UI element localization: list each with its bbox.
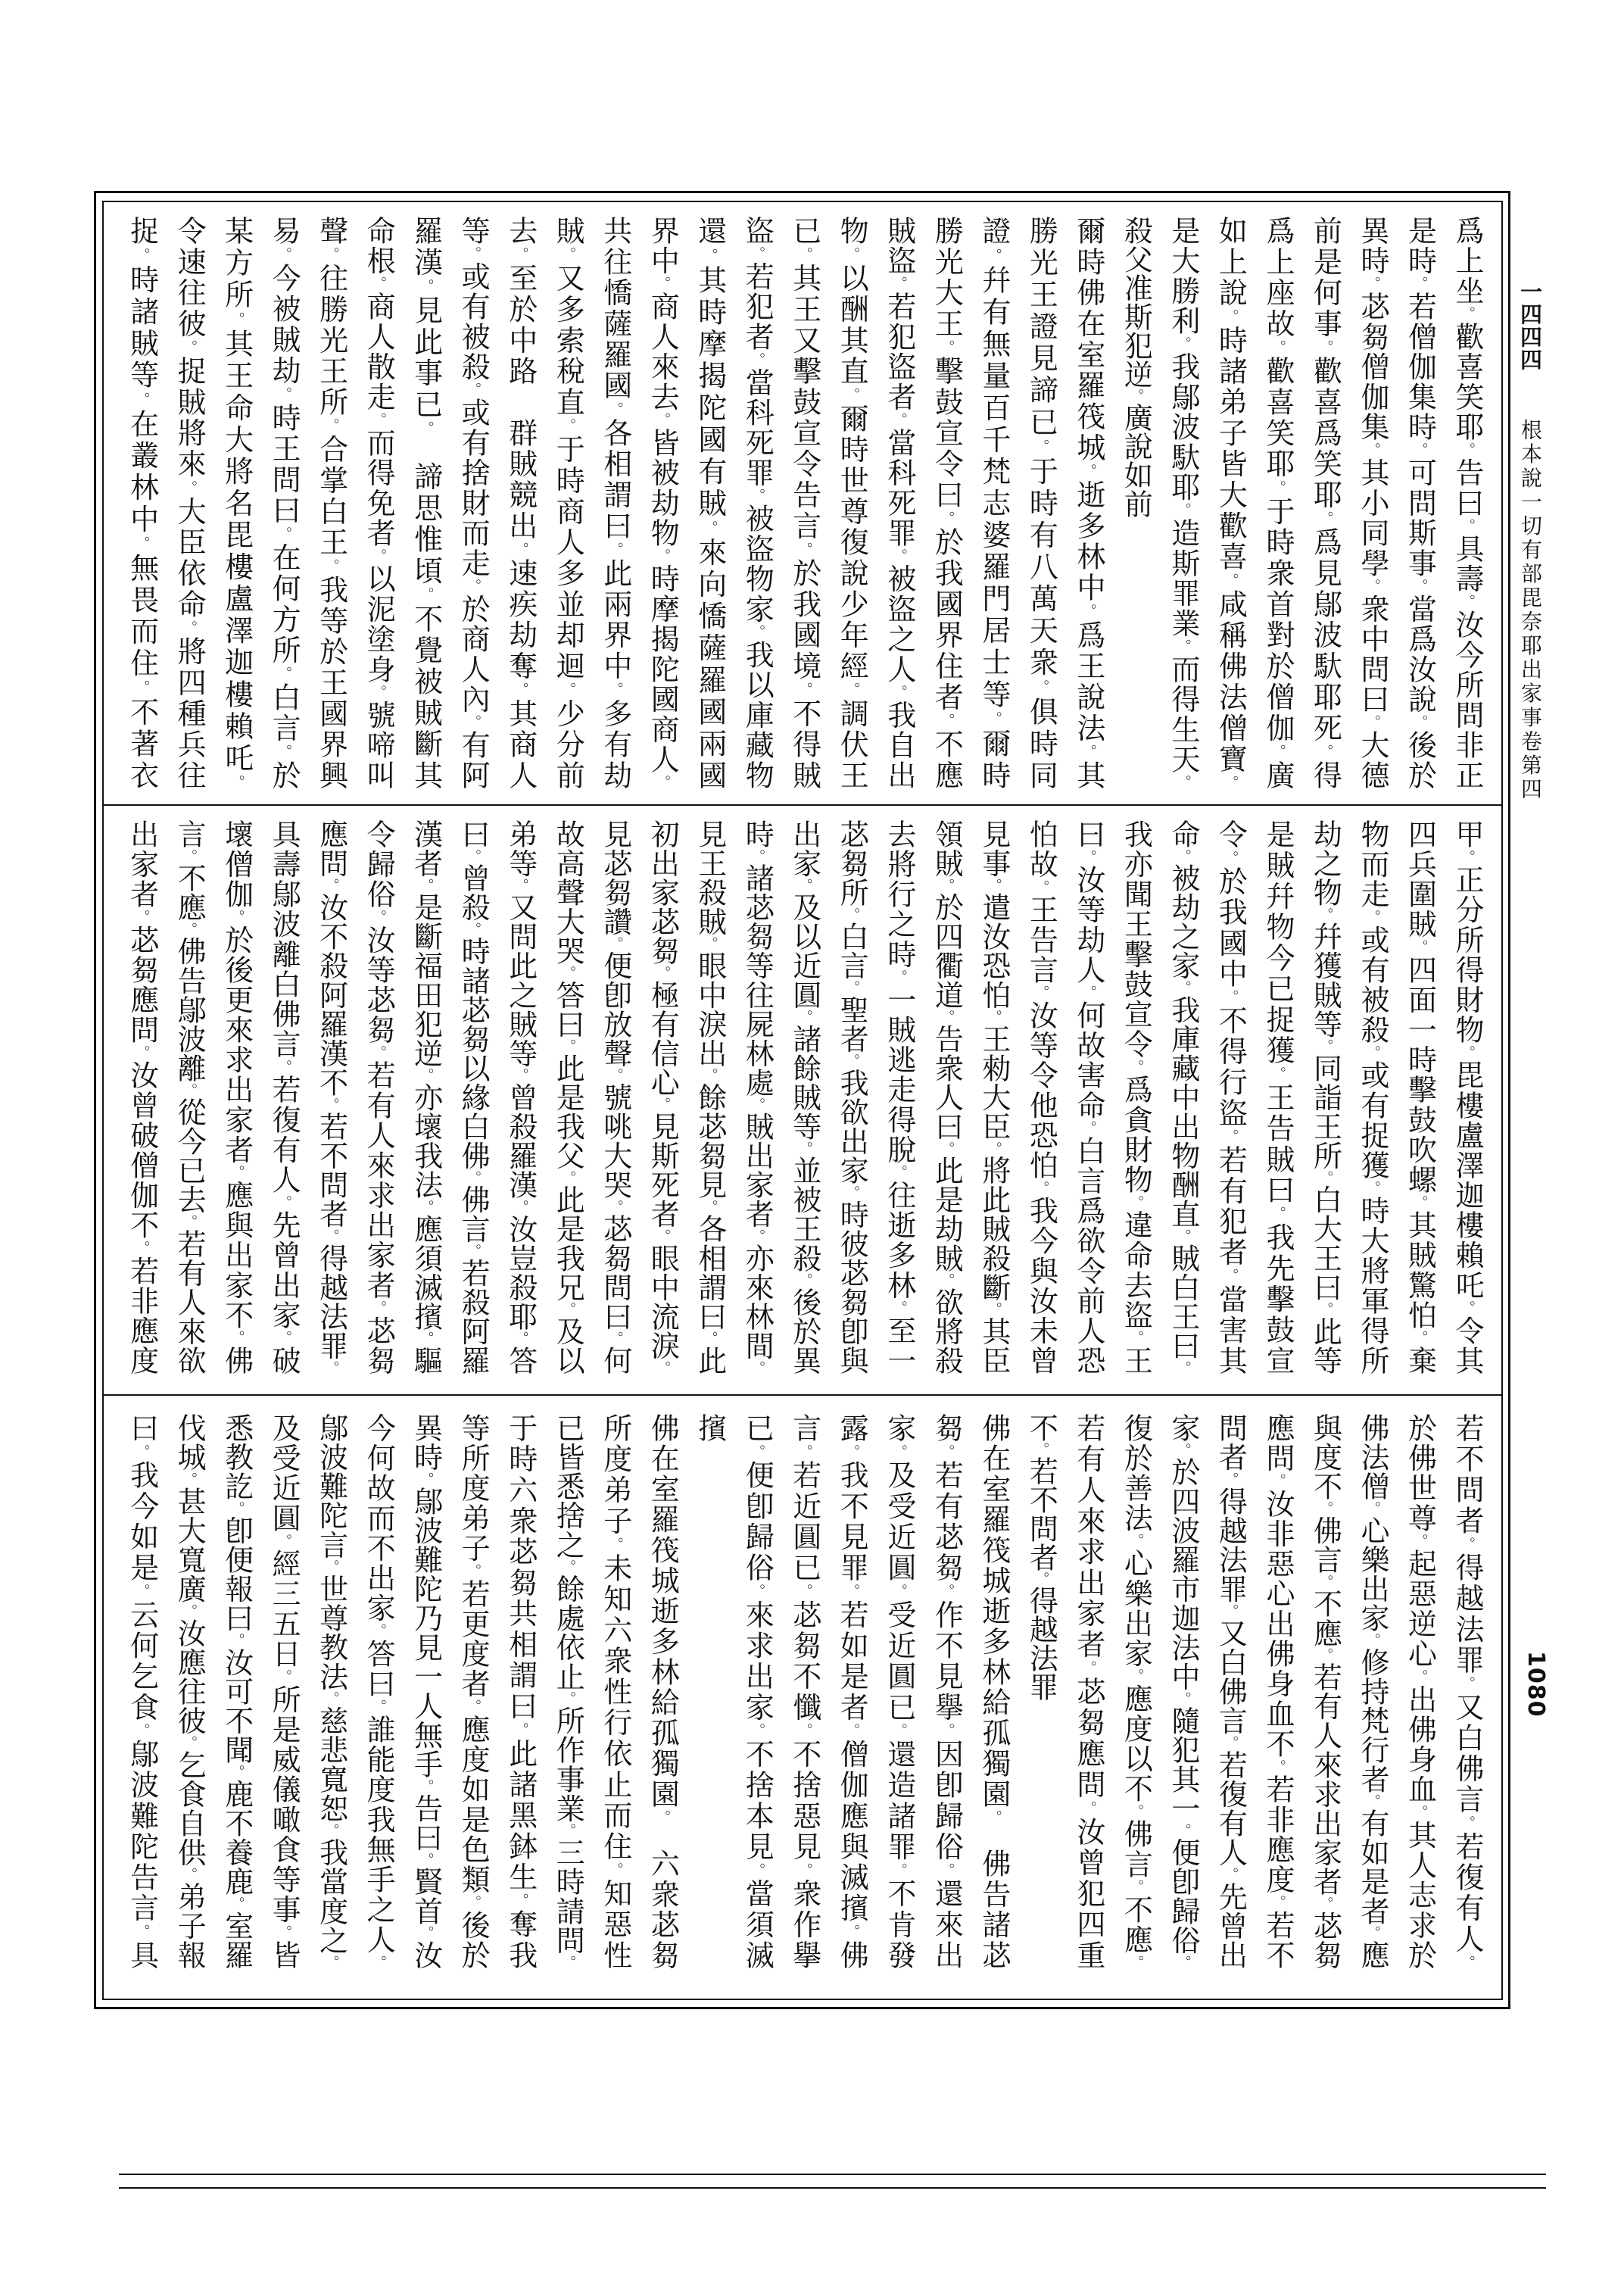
text-column: 易。今被賊劫。時王問曰。在何方所。白言。於 [260, 216, 308, 789]
text-column: 物。以酬其直。爾時世尊復說少年經。調伏王 [828, 216, 876, 789]
text-column: 還。其時摩揭陀國有賊。來向憍薩羅國兩國 [686, 216, 734, 789]
text-column: 令歸俗。汝等苾芻。若有人來求出家者。苾芻 [355, 819, 403, 1375]
text-column: 已皆悉捨之。餘處依止。所作事業。三時請問。 [544, 1413, 592, 1969]
text-column: 令。於我國中。不得行盜。若有犯者。當害其 [1207, 819, 1255, 1375]
text-column: 初出家苾芻。極有信心。見斯死者。眼中流淚。 [639, 819, 687, 1375]
text-column: 羅漢。見此事已。 諦思惟頃。不覺被賊斷其 [402, 216, 450, 789]
text-column: 伐城。甚大寬廣。汝應往彼。乞食自供。弟子報 [166, 1413, 214, 1969]
text-column: 于時六衆苾芻共相謂曰。此諸黑鉢生。奪我 [497, 1413, 544, 1969]
text-column: 出家。及以近圓。諸餘賊等。並被王殺。後於異 [781, 819, 828, 1375]
text-column: 應問。汝非惡心出佛身血不。若非應度。若不 [1254, 1413, 1301, 1969]
text-column: 盜。若犯者。當科死罪。被盜物家。我以庫藏物 [734, 216, 781, 789]
text-column: 鄔波難陀言。世尊教法。慈悲寬恕。我當度之。 [307, 1413, 355, 1969]
text-column: 擯 [686, 1413, 734, 1969]
middle-register: 甲。正分所得財物。毘樓盧澤迦樓賴吒。令其 四兵圍賊。四面一時擊鼓吹螺。其賊驚怕。… [118, 819, 1491, 1375]
text-column: 某方所。其王命大將名毘樓盧澤迦樓賴吒。 [213, 216, 260, 789]
text-column: 所度弟子。未知六衆性行依止而住。知惡性 [591, 1413, 639, 1969]
text-column: 芻。若有苾芻。作不見擧。因卽歸俗。還來出 [923, 1413, 971, 1969]
text-column: 時。諸苾芻等往屍林處。賊出家者。亦來林間。 [734, 819, 781, 1375]
text-column: 言。若近圓已。苾芻不懺。不捨惡見。衆作擧 [781, 1413, 828, 1969]
text-column: 去。至於中路 群賊競出。速疾劫奪。其商人 [497, 216, 544, 789]
text-column: 若有人來求出家者。苾芻應問。汝曾犯四重 [1064, 1413, 1112, 1969]
text-column: 聲。往勝光王所。合掌白王。我等於王國界興 [307, 216, 355, 789]
text-column: 露。我不見罪。若如是者。僧伽應與滅擯。佛 [828, 1413, 876, 1969]
text-column: 已。其王又擊鼓宣令告言。於我國境。不得賊 [781, 216, 828, 789]
text-column: 我亦聞王擊鼓宣令。爲貪財物。違命去盜。王 [1112, 819, 1160, 1375]
text-column: 如上說。時諸弟子皆大歡喜。咸稱佛法僧寶。 [1207, 216, 1255, 789]
text-column: 爲上座故。歡喜笑耶。于時衆首對於僧伽。廣 [1254, 216, 1301, 789]
text-column: 爾時佛在室羅筏城。逝多林中。爲王說法。其 [1064, 216, 1112, 789]
text-column: 異時。鄔波難陀乃見一人無手。告曰。賢首。汝 [402, 1413, 450, 1969]
text-column: 出家者。苾芻應問。汝曾破僧伽不。若非應度 [118, 819, 166, 1375]
volume-number: 一四四四 [1517, 280, 1543, 371]
text-column: 若不問者。得越法罪。又白佛言。若復有人。 [1443, 1413, 1491, 1969]
text-column: 命。被劫之家。我庫藏中出物酬直。賊白王曰。 [1159, 819, 1207, 1375]
text-column: 四兵圍賊。四面一時擊鼓吹螺。其賊驚怕。棄 [1396, 819, 1444, 1375]
text-column: 異時。苾芻僧伽集。其小同學。衆中問曰。大德 [1348, 216, 1396, 789]
text-column: 悉教訖。卽便報曰。汝可不聞。鹿不養鹿。室羅 [213, 1413, 260, 1969]
bottom-rule [119, 2187, 1546, 2189]
text-column: 曰。我今如是。云何乞食。鄔波難陀告言。具 [118, 1413, 166, 1969]
text-column: 賊盜。若犯盜者。當科死罪。被盜之人。我自出 [875, 216, 923, 789]
text-column: 等。或有被殺。或有捨財而走。於商人內。有阿 [450, 216, 497, 789]
text-column: 勝光王證見諦已。于時有八萬天衆。俱時同 [1018, 216, 1065, 789]
text-column: 佛法僧。心樂出家。修持梵行者。有如是者。應 [1348, 1413, 1396, 1969]
text-column: 曰。汝等劫人。何故害命。白言爲欲令前人恐 [1064, 819, 1112, 1375]
text-column: 於佛世尊。起惡逆心。出佛身血。其人志求於 [1396, 1413, 1444, 1969]
text-column: 曰。曾殺。時諸苾芻以緣白佛。佛言。若殺阿羅 [450, 819, 497, 1375]
text-column: 命根。商人散走。而得免者。以泥塗身。號啼叫 [355, 216, 403, 789]
text-column: 見王殺賊。眼中淚出。餘苾芻見。各相謂曰。此 [686, 819, 734, 1375]
text-column: 具壽鄔波離白佛言。若復有人。先曾出家。破 [260, 819, 308, 1375]
text-column: 問者。得越法罪。又白佛言。若復有人。先曾出 [1207, 1413, 1255, 1969]
text-column: 應問。汝不殺阿羅漢不。若不問者。得越法罪。 [307, 819, 355, 1375]
lower-register: 若不問者。得越法罪。又白佛言。若復有人。 於佛世尊。起惡逆心。出佛身血。其人志求… [118, 1413, 1491, 1969]
text-column: 劫之物。幷獲賊等。同詣王所。白大王曰。此等 [1301, 819, 1349, 1375]
text-column: 故高聲大哭。答曰。此是我父。此是我兄。及以 [544, 819, 592, 1375]
text-column: 前是何事。歡喜爲笑耶。爲見鄔波馱耶死。得 [1301, 216, 1349, 789]
text-column: 甲。正分所得財物。毘樓盧澤迦樓賴吒。令其 [1443, 819, 1491, 1375]
text-column: 爲上坐。歡喜笑耶。告曰。具壽。汝今所問非正 [1443, 216, 1491, 789]
text-column: 復於善法。心樂出家。應度以不。佛言。不應。 [1112, 1413, 1160, 1969]
bottom-rule [119, 2174, 1546, 2175]
text-column: 及受近圓。經三五日。所是威儀噉食等事。皆 [260, 1413, 308, 1969]
text-column: 漢者。是斷福田犯逆。亦壞我法。應須滅擯。驅 [402, 819, 450, 1375]
text-column: 家。及受近圓。受近圓已。還造諸罪。不肯發 [875, 1413, 923, 1969]
text-column: 是大勝利。我鄔波馱耶。造斯罪業。而得生天。 [1159, 216, 1207, 789]
text-column: 賊。又多索稅直。于時商人多並却迴。少分前 [544, 216, 592, 789]
text-column: 殺父准斯犯逆。廣說如前 [1112, 216, 1160, 789]
text-column: 佛在室羅筏城逝多林給孤獨園。 六衆苾芻 [639, 1413, 687, 1969]
text-column: 領賊。於四衢道。告衆人曰。此是劫賊。欲將殺 [923, 819, 971, 1375]
text-column: 今何故而不出家。答曰。誰能度我無手之人。 [355, 1413, 403, 1969]
text-column: 共往憍薩羅國。各相謂曰。此兩界中。多有劫 [591, 216, 639, 789]
text-column: 是時。若僧伽集時。可問斯事。當爲汝說。後於 [1396, 216, 1444, 789]
text-column: 界中。商人來去。皆被劫物。時摩揭陀國商人。 [639, 216, 687, 789]
volume-title: 根本說一切有部毘奈耶出家事卷第四 [1517, 419, 1543, 802]
text-column: 與度不。佛言。不應。若有人來求出家者。苾芻 [1301, 1413, 1349, 1969]
text-column: 捉。時諸賊等。在叢林中。無畏而住。不著衣 [118, 216, 166, 789]
text-column: 令速往彼。捉賊將來。大臣依命。將四種兵往 [166, 216, 214, 789]
text-column: 見事。遣汝恐怕。王勑大臣。將此賊殺斷。其臣 [970, 819, 1018, 1375]
page-number: 1080 [1523, 1651, 1548, 1718]
register-divider-upper [104, 804, 1501, 806]
text-column: 家。於四波羅市迦法中。隨犯其一。便卽歸俗。 [1159, 1413, 1207, 1969]
text-column: 苾芻所。白言。聖者。我欲出家。時彼苾芻卽與 [828, 819, 876, 1375]
text-column: 壞僧伽。於後更來求出家者。應與出家不。佛 [213, 819, 260, 1375]
text-column: 勝光大王。擊鼓宣令曰。於我國界住者。不應 [923, 216, 971, 789]
text-column: 等所度弟子。若更度者。應度如是色類。後於 [450, 1413, 497, 1969]
text-column: 證。幷有無量百千梵志婆羅門居士等。爾時 [970, 216, 1018, 789]
text-column: 怕故。王告言。汝等令他恐怕。我今與汝未曾 [1018, 819, 1065, 1375]
upper-register: 爲上坐。歡喜笑耶。告曰。具壽。汝今所問非正 是時。若僧伽集時。可問斯事。當爲汝說… [118, 216, 1491, 789]
text-column: 佛在室羅筏城逝多林給孤獨園。 佛告諸苾 [970, 1413, 1018, 1969]
text-column: 不。若不問者。得越法罪 [1018, 1413, 1065, 1969]
text-column: 已。便卽歸俗。來求出家。不捨本見。當須滅 [734, 1413, 781, 1969]
text-column: 是賊幷物今已捉獲。王告賊曰。我先擊鼓宣 [1254, 819, 1301, 1375]
text-column: 弟等。又問此之賊等。曾殺羅漢。汝豈殺耶。答 [497, 819, 544, 1375]
text-column: 去將行之時。一賊逃走得脫。往逝多林。至一 [875, 819, 923, 1375]
text-column: 物而走。或有被殺。或有捉獲。時大將軍得所 [1348, 819, 1396, 1375]
register-divider-lower [104, 1394, 1501, 1396]
text-column: 見苾芻讚。便卽放聲。號咷大哭。苾芻問曰。何 [591, 819, 639, 1375]
text-column: 言。不應。佛告鄔波離。從今已去。若有人來欲 [166, 819, 214, 1375]
